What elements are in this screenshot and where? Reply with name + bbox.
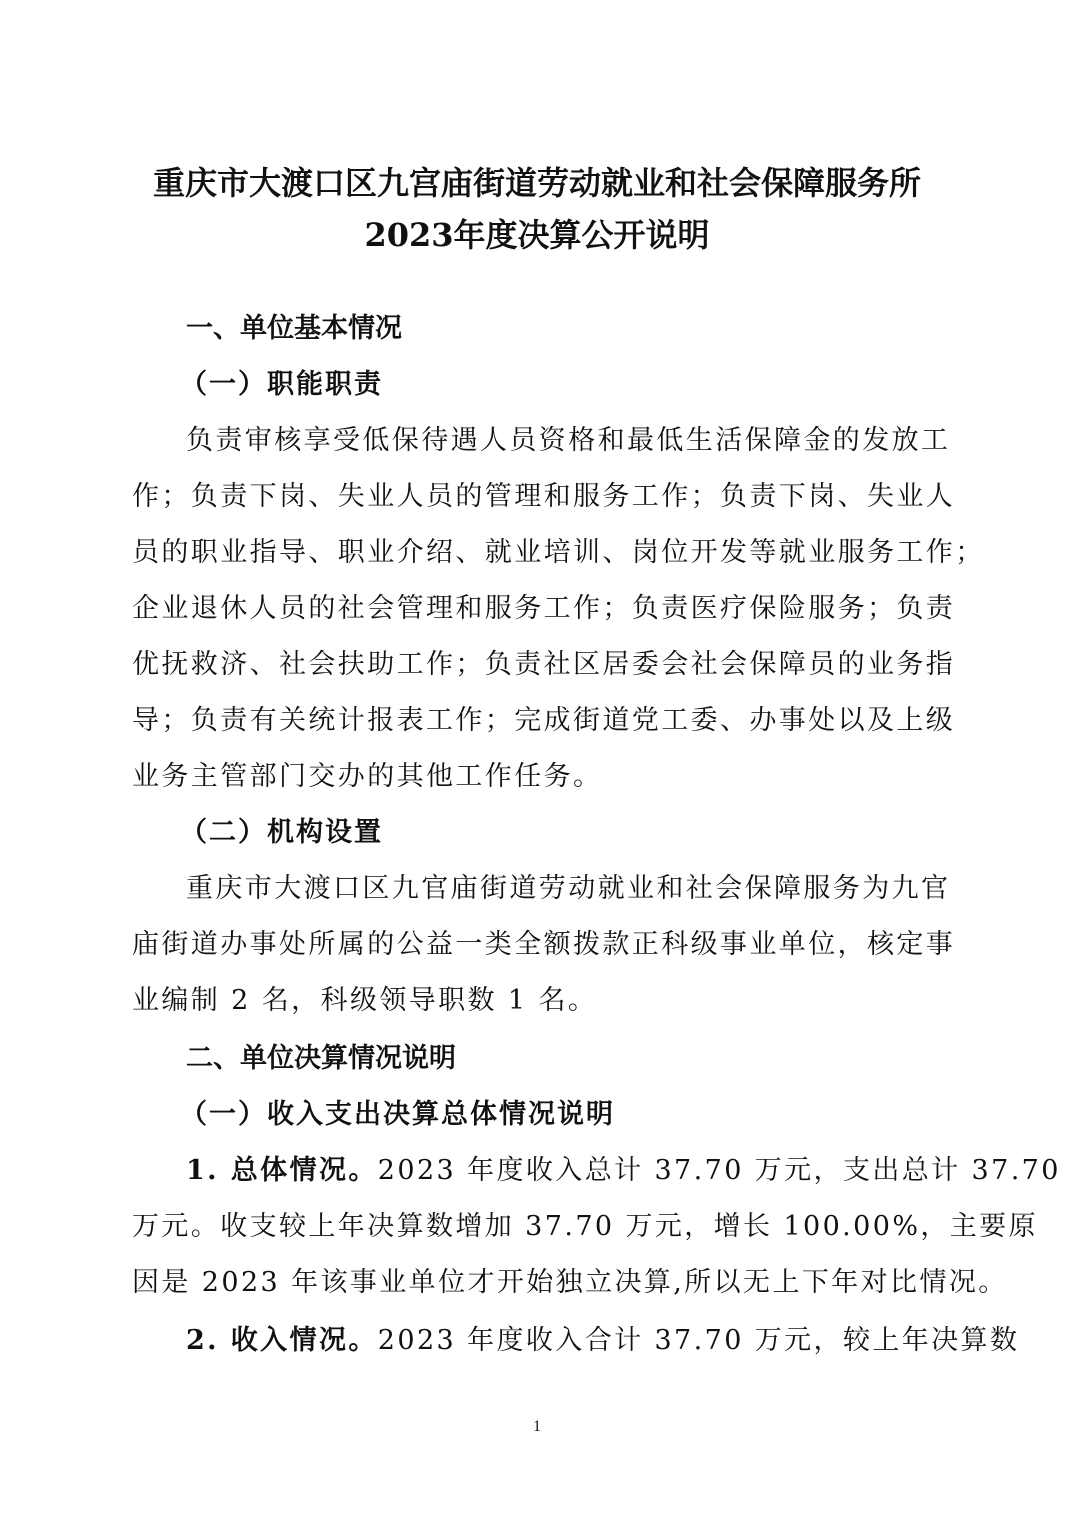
subsection-heading-organization: （二）机构设置 (180, 810, 383, 849)
subsection-heading-income-expense: （一）收入支出决算总体情况说明 (180, 1092, 615, 1131)
paragraph-line: 庙街道办事处所属的公益一类全额拨款正科级事业单位，核定事 (132, 922, 948, 961)
document-title-line1: 重庆市大渡口区九宫庙街道劳动就业和社会保障服务所 (0, 158, 1074, 204)
paragraph-line: 优抚救济、社会扶助工作；负责社区居委会社会保障员的业务指 (132, 642, 948, 681)
paragraph-line: 万元。收支较上年决算数增加 37.70 万元，增长 100.00%，主要原 (132, 1204, 948, 1243)
paragraph-lead-income: 2. 收入情况。 (186, 1325, 378, 1356)
subsection-heading-functions: （一）职能职责 (180, 362, 383, 401)
paragraph-line: 作；负责下岗、失业人员的管理和服务工作；负责下岗、失业人 (132, 474, 948, 513)
document-page: 重庆市大渡口区九宫庙街道劳动就业和社会保障服务所 2023年度决算公开说明 一、… (0, 0, 1074, 1520)
document-title-line2: 2023年度决算公开说明 (0, 210, 1074, 256)
paragraph-text: 2023 年度收入合计 37.70 万元，较上年决算数 (378, 1325, 1020, 1356)
paragraph-line: 因是 2023 年该事业单位才开始独立决算,所以无上下年对比情况。 (132, 1260, 948, 1299)
paragraph-line: 负责审核享受低保待遇人员资格和最低生活保障金的发放工 (186, 418, 948, 457)
paragraph-text: 2023 年度收入总计 37.70 万元，支出总计 37.70 (378, 1155, 1061, 1186)
paragraph-line: 业编制 2 名，科级领导职数 1 名。 (132, 978, 948, 1017)
paragraph-line: 重庆市大渡口区九官庙街道劳动就业和社会保障服务为九官 (186, 866, 948, 905)
section-heading-basic-info: 一、单位基本情况 (186, 306, 402, 345)
page-number: 1 (0, 1418, 1074, 1436)
section-heading-final-accounts: 二、单位决算情况说明 (186, 1036, 456, 1075)
paragraph-line: 导；负责有关统计报表工作；完成街道党工委、办事处以及上级 (132, 698, 948, 737)
paragraph-line: 员的职业指导、职业介绍、就业培训、岗位开发等就业服务工作； (132, 530, 948, 569)
paragraph-line: 业务主管部门交办的其他工作任务。 (132, 754, 948, 793)
paragraph-line: 企业退休人员的社会管理和服务工作；负责医疗保险服务；负责 (132, 586, 948, 625)
paragraph-line: 1. 总体情况。2023 年度收入总计 37.70 万元，支出总计 37.70 (186, 1148, 948, 1187)
paragraph-lead-overall: 1. 总体情况。 (186, 1155, 378, 1186)
paragraph-line: 2. 收入情况。2023 年度收入合计 37.70 万元，较上年决算数 (186, 1318, 948, 1357)
